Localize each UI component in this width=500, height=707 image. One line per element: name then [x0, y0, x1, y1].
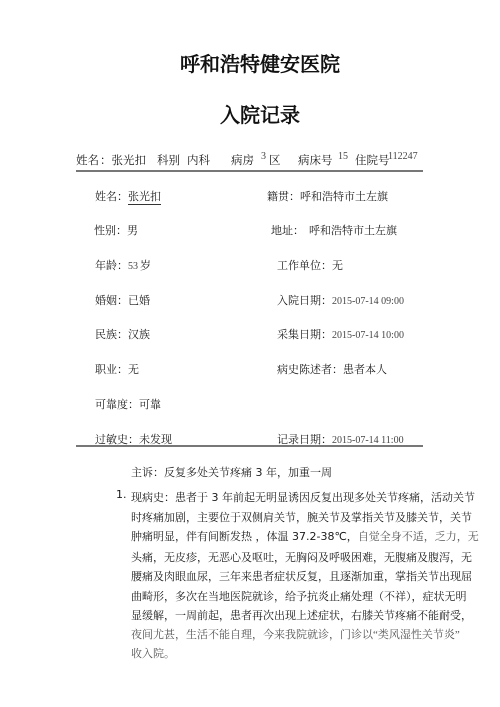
- field-occupation: 职业：无: [95, 361, 139, 377]
- illness-line-tail: 自觉全身不适，乏力，无: [358, 531, 479, 543]
- ethnicity-label: 民族：: [95, 328, 128, 341]
- ethnicity-value: 汉族: [128, 328, 150, 341]
- age-number: 53: [128, 261, 138, 272]
- occupation-label: 职业：: [95, 363, 128, 376]
- illness-line: 曲畸形，多次在当地医院就诊，给予抗炎止痛处理（不祥），症状无明: [131, 587, 451, 607]
- chief-complaint-value: 反复多处关节疼痛 3 年，加重一周: [164, 466, 332, 479]
- employer-label: 工作单位：: [277, 259, 332, 272]
- chief-complaint: 主诉：反复多处关节疼痛 3 年，加重一周: [131, 464, 332, 480]
- present-illness-text: 现病史：患者于 3 年前起无明显诱因反复出现多处关节疼痛，活动关节 时疼痛加剧，…: [131, 488, 451, 665]
- informant-label: 病史陈述者：: [277, 363, 343, 376]
- header-ward-unit: 区: [269, 152, 281, 168]
- field-reliability: 可靠度：可靠: [95, 396, 161, 412]
- field-age: 年龄：53岁: [95, 257, 151, 273]
- field-marital: 婚姻：已婚: [95, 292, 150, 308]
- occupation-value: 无: [128, 363, 139, 376]
- hospital-name: 呼和浩特健安医院: [0, 48, 500, 77]
- illness-line: 头痛，无皮疹，无恶心及呕吐，无胸闷及呼吸困难，无腹痛及腹泻，无: [131, 548, 451, 568]
- admission-date-label: 入院日期：: [277, 294, 332, 307]
- address-value: 呼和浩特市土左旗: [309, 224, 397, 237]
- collection-date-value: 2015-07-14 10:00: [332, 330, 404, 341]
- header-bed-value: 15: [338, 151, 348, 162]
- address-label: 地址：: [271, 224, 304, 237]
- header-ward-number: 3: [261, 151, 266, 162]
- present-illness-number: 1.: [116, 488, 127, 501]
- header-ward-label: 病房: [231, 152, 254, 168]
- illness-line-start: 肿痛明显，伴有间断发热 ，体温 37.2-38℃，: [131, 530, 358, 543]
- field-collection-date: 采集日期：2015-07-14 10:00: [277, 326, 404, 342]
- reliability-label: 可靠度：: [95, 398, 139, 411]
- field-employer: 工作单位：无: [277, 257, 343, 273]
- age-label: 年龄：: [95, 259, 128, 272]
- field-ethnicity: 民族：汉族: [95, 326, 150, 342]
- info-divider: [76, 445, 423, 447]
- native-place-value: 呼和浩特市土左旗: [300, 190, 388, 203]
- illness-line: 显缓解，一周前起，患者再次出现上述症状，右膝关节疼痛不能耐受，: [131, 606, 451, 626]
- field-name: 姓名：张光扣: [95, 188, 161, 204]
- gender-value: 男: [127, 224, 138, 237]
- header-name-value: ：张光扣: [100, 152, 146, 168]
- header-dept-label: 科别: [157, 152, 180, 168]
- marital-value: 已婚: [128, 294, 150, 307]
- header-admission-no-value: 112247: [388, 151, 418, 162]
- name-label: 姓名：: [95, 190, 128, 203]
- chief-complaint-label: 主诉：: [131, 466, 164, 479]
- header-admission-no-label: 住院号: [355, 152, 390, 168]
- illness-line: 肿痛明显，伴有间断发热 ，体温 37.2-38℃，自觉全身不适，乏力，无: [131, 527, 451, 548]
- illness-line: 现病史：患者于 3 年前起无明显诱因反复出现多处关节疼痛，活动关节: [131, 488, 451, 508]
- header-dept-value: 内科: [187, 152, 210, 168]
- field-native-place: 籍贯：呼和浩特市土左旗: [267, 188, 388, 204]
- collection-date-label: 采集日期：: [277, 328, 332, 341]
- patient-header-bar: 姓名 ：张光扣 科别 内科 病房 3 区 病床号 15 住院号 112247: [76, 152, 426, 168]
- field-admission-date: 入院日期：2015-07-14 09:00: [277, 292, 404, 308]
- record-title: 入院记录: [0, 99, 500, 128]
- illness-line: 收入院。: [131, 645, 451, 665]
- reliability-value: 可靠: [139, 398, 161, 411]
- field-informant: 病史陈述者：患者本人: [277, 361, 387, 377]
- age-unit: 岁: [140, 259, 151, 272]
- marital-label: 婚姻：: [95, 294, 128, 307]
- name-value: 张光扣: [128, 190, 161, 205]
- informant-value: 患者本人: [343, 363, 387, 376]
- header-name-label: 姓名: [76, 152, 99, 168]
- gender-label: 性别：: [94, 224, 127, 237]
- admission-date-value: 2015-07-14 09:00: [332, 296, 404, 307]
- native-place-label: 籍贯：: [267, 190, 300, 203]
- illness-line: 夜间尤甚，生活不能自理，今来我院就诊，门诊以“类风湿性关节炎”: [131, 626, 451, 646]
- field-address: 地址：呼和浩特市土左旗: [271, 222, 397, 238]
- header-divider: [76, 170, 423, 172]
- employer-value: 无: [332, 259, 343, 272]
- header-bed-label: 病床号: [298, 152, 333, 168]
- field-gender: 性别：男: [94, 222, 138, 238]
- illness-line: 时疼痛加剧，主要位于双侧肩关节，腕关节及掌指关节及膝关节，关节: [131, 508, 451, 528]
- illness-line: 腰痛及肉眼血尿，三年来患者症状反复，且逐渐加重，掌指关节出现屈: [131, 567, 451, 587]
